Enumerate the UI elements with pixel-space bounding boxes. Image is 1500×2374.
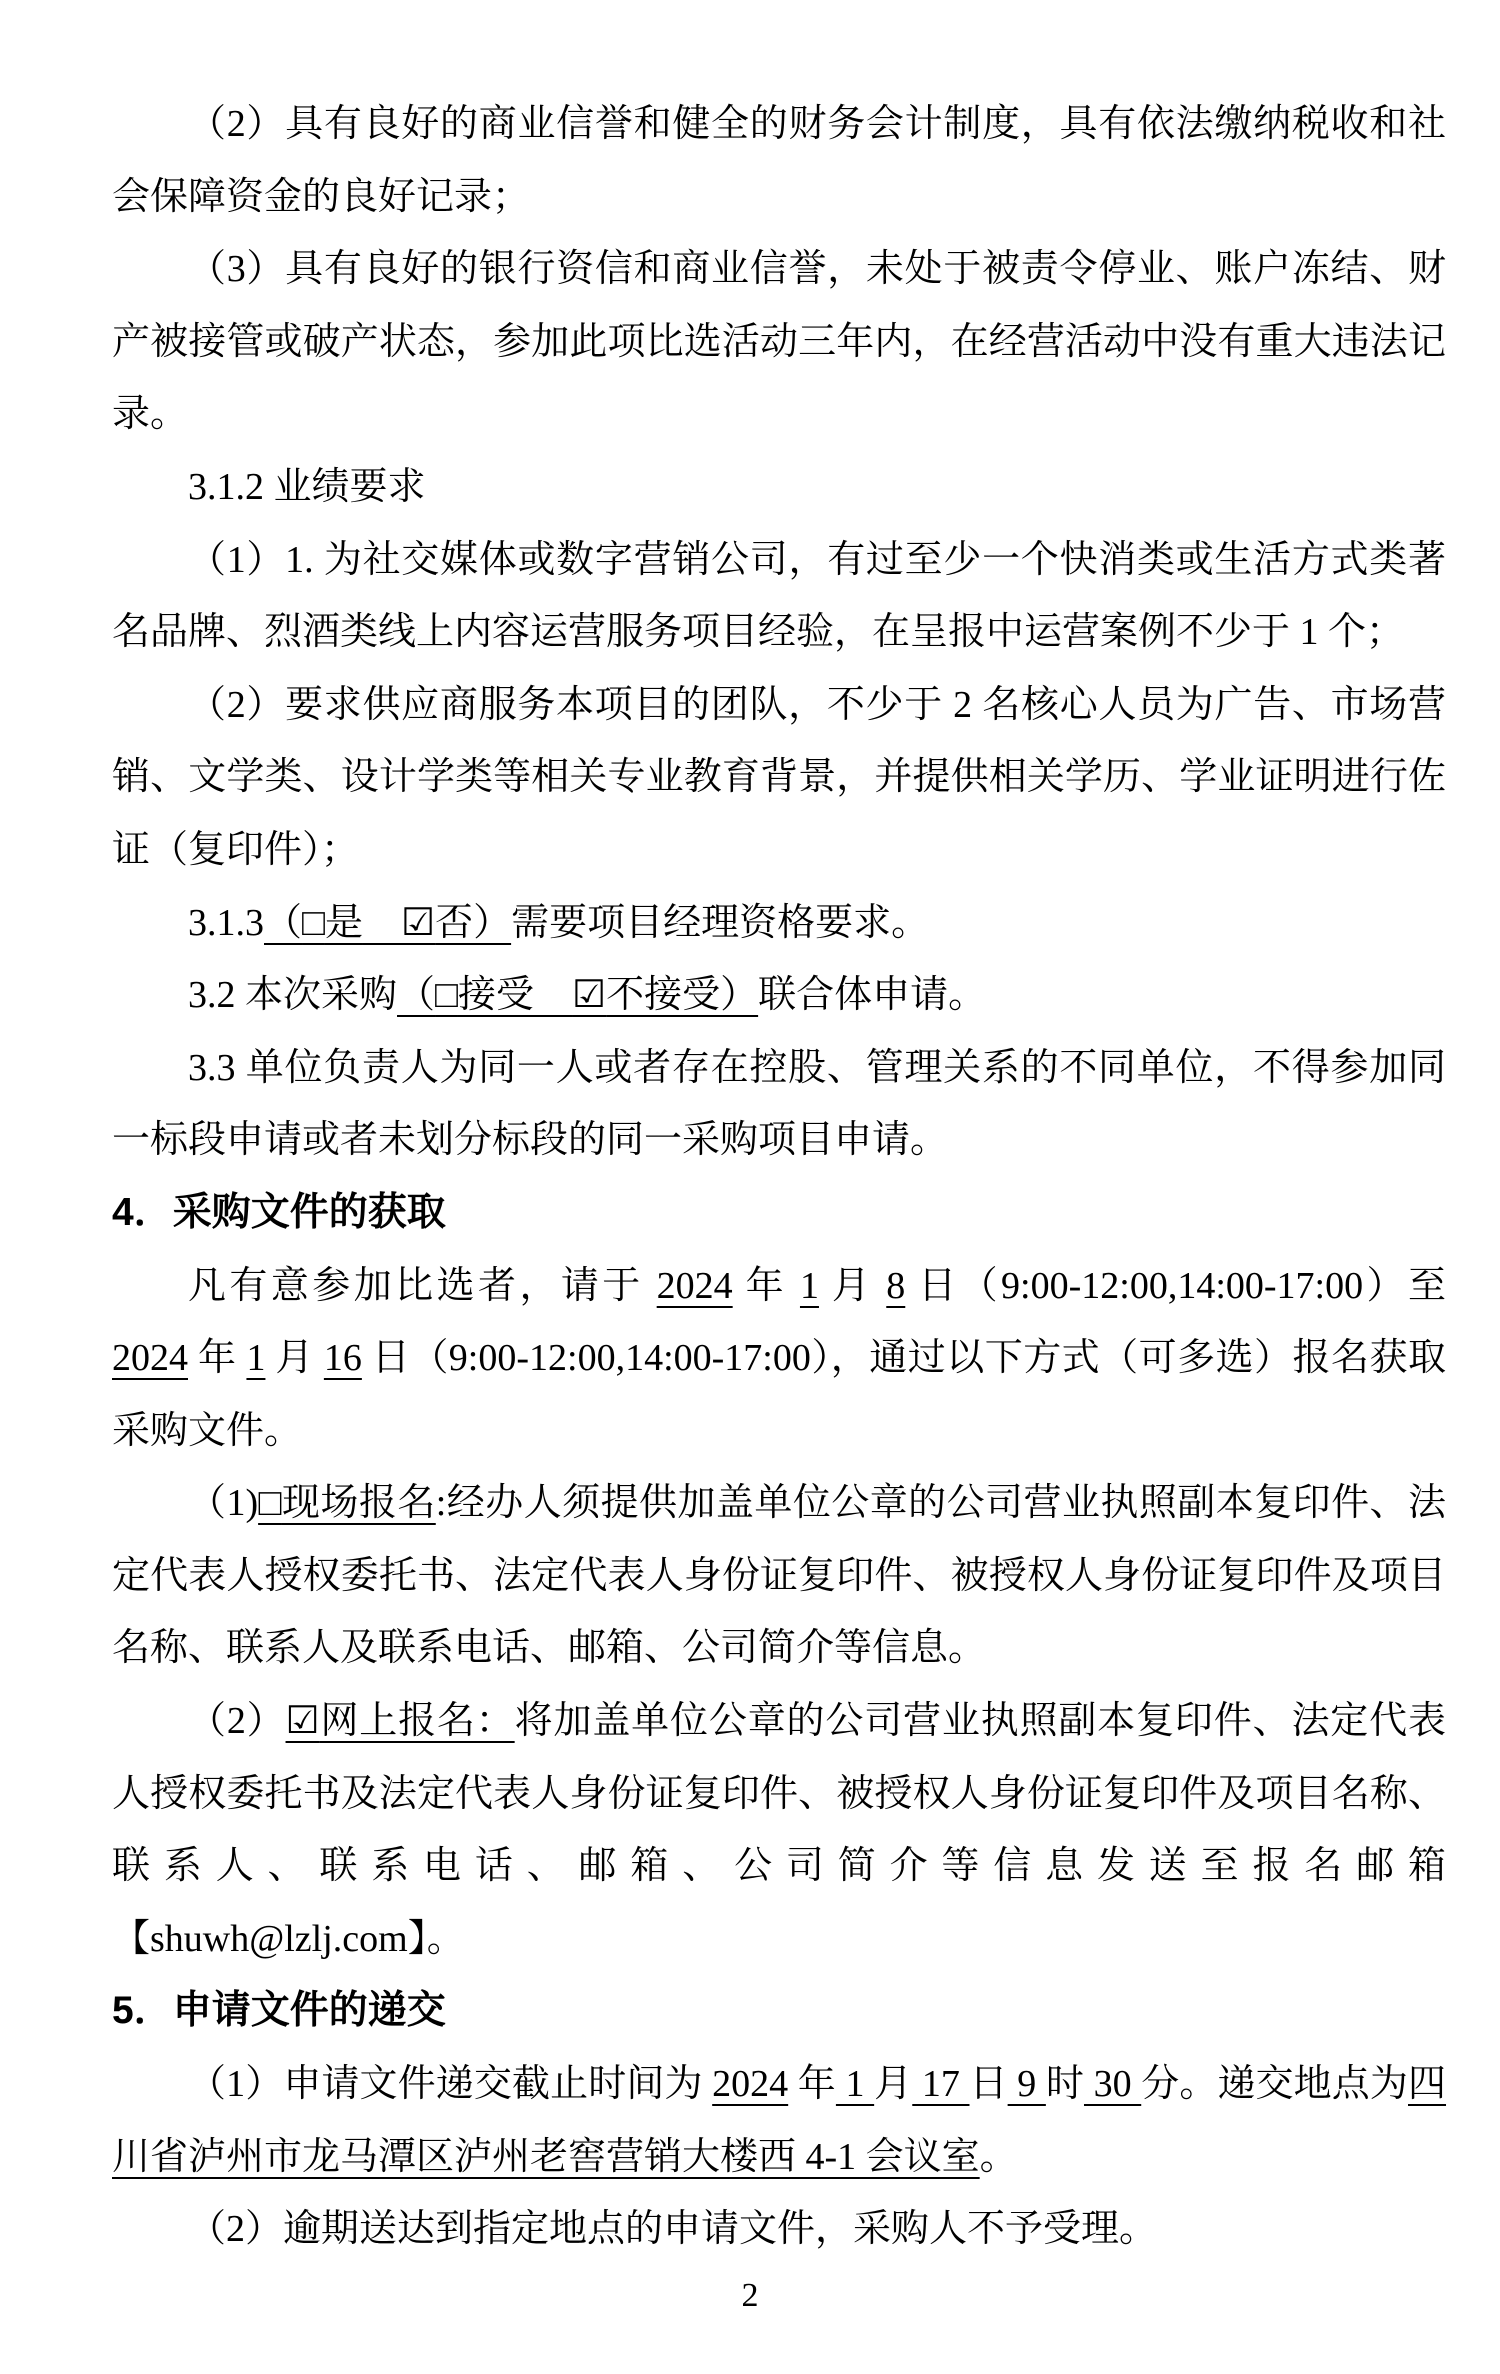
option-yes-label: 是 — [325, 902, 363, 944]
checkbox-unchecked-icon: □ — [435, 974, 458, 1016]
option-label: 现场报名 — [282, 1482, 436, 1524]
yes-no-selection: （□是 ☑否） — [264, 902, 511, 944]
clause-3-2-consortium: 3.2 本次采购（□接受 ☑不接受）联合体申请。 — [112, 959, 1446, 1032]
paren-open: （ — [397, 974, 435, 1016]
online-registration-option: ☑网上报名： — [286, 1700, 515, 1742]
paragraph-team-requirement: （2）要求供应商服务本项目的团队，不少于 2 名核心人员为广告、市场营销、文学类… — [112, 669, 1446, 887]
paragraph-submission-deadline: （1）申请文件递交截止时间为 2024 年 1 月 17 日 9 时 30 分。… — [112, 2048, 1446, 2193]
checkbox-checked-icon: ☑ — [401, 902, 435, 944]
text-run: 分。递交地点为 — [1141, 2063, 1408, 2105]
start-day: 8 — [886, 1265, 905, 1307]
clause-3-1-2-performance-requirement: 3.1.2 业绩要求 — [112, 451, 1446, 524]
paragraph-online-registration: （2）☑网上报名：将加盖单位公章的公司营业执照副本复印件、法定代表人授权委托书及… — [112, 1685, 1446, 1975]
deadline-minute: 30 — [1084, 2063, 1141, 2105]
checkbox-checked-icon: ☑ — [286, 1700, 320, 1742]
text-run: 年 — [788, 2063, 836, 2105]
text-run: 月 — [874, 2063, 912, 2105]
item-number: （1) — [188, 1482, 258, 1524]
checkbox-checked-icon: ☑ — [572, 974, 606, 1016]
paragraph-registration-period: 凡有意参加比选者，请于 2024 年 1 月 8 日（9:00-12:00,14… — [112, 1250, 1446, 1468]
text-run: 凡有意参加比选者，请于 — [188, 1265, 657, 1307]
paren-open: （ — [264, 902, 302, 944]
paragraph-onsite-registration: （1)□现场报名:经办人须提供加盖单位公章的公司营业执照副本复印件、法定代表人授… — [112, 1467, 1446, 1685]
clause-3-3-same-person: 3.3 单位负责人为同一人或者存在控股、管理关系的不同单位，不得参加同一标段申请… — [112, 1032, 1446, 1177]
clause-text: 联合体申请。 — [758, 974, 986, 1016]
clause-3-1-3-pm-qualification: 3.1.3（□是 ☑否）需要项目经理资格要求。 — [112, 887, 1446, 960]
accept-reject-selection: （□接受 ☑不接受） — [397, 974, 758, 1016]
option-separator — [363, 902, 401, 944]
paragraph-experience-requirement: （1）1. 为社交媒体或数字营销公司，有过至少一个快消类或生活方式类著名品牌、烈… — [112, 524, 1446, 669]
heading-section-4-document-acquisition: 4．采购文件的获取 — [112, 1177, 1446, 1250]
end-year: 2024 — [112, 1337, 188, 1379]
text-run: 时 — [1046, 2063, 1084, 2105]
paragraph-bank-credit: （3）具有良好的银行资信和商业信誉，未处于被责令停业、账户冻结、财产被接管或破产… — [112, 233, 1446, 451]
paragraph-late-submission: （2）逾期送达到指定地点的申请文件，采购人不予受理。 — [112, 2193, 1446, 2266]
heading-section-5-document-submission: 5．申请文件的递交 — [112, 1975, 1446, 2048]
start-year: 2024 — [657, 1265, 733, 1307]
paragraph-commercial-reputation: （2）具有良好的商业信誉和健全的财务会计制度，具有依法缴纳税收和社会保障资金的良… — [112, 88, 1446, 233]
option-no-label: 否） — [435, 902, 511, 944]
text-run: 日（9:00-12:00,14:00-17:00）至 — [905, 1265, 1446, 1307]
option-separator — [534, 974, 572, 1016]
checkbox-unchecked-icon: □ — [258, 1482, 282, 1524]
end-day: 16 — [324, 1337, 362, 1379]
deadline-day: 17 — [912, 2063, 969, 2105]
option-accept-label: 接受 — [458, 974, 534, 1016]
option-reject-label: 不接受） — [606, 974, 758, 1016]
deadline-month: 1 — [836, 2063, 874, 2105]
text-run: 。 — [980, 2136, 1018, 2178]
start-month: 1 — [800, 1265, 819, 1307]
onsite-registration-option: □现场报名 — [258, 1482, 436, 1524]
text-run: 月 — [265, 1337, 323, 1379]
clause-text: 需要项目经理资格要求。 — [511, 902, 929, 944]
text-run: （1）申请文件递交截止时间为 — [188, 2063, 712, 2105]
text-run: 年 — [733, 1265, 800, 1307]
document-page: （2）具有良好的商业信誉和健全的财务会计制度，具有依法缴纳税收和社会保障资金的良… — [0, 0, 1500, 2374]
clause-number: 3.1.3 — [188, 902, 264, 944]
end-month: 1 — [246, 1337, 265, 1379]
deadline-year: 2024 — [712, 2063, 788, 2105]
text-run: 日 — [970, 2063, 1008, 2105]
checkbox-unchecked-icon: □ — [302, 902, 325, 944]
item-number: （2） — [188, 1700, 286, 1742]
page-number: 2 — [0, 2276, 1500, 2316]
text-run: 年 — [188, 1337, 246, 1379]
deadline-hour: 9 — [1008, 2063, 1046, 2105]
document-content: （2）具有良好的商业信誉和健全的财务会计制度，具有依法缴纳税收和社会保障资金的良… — [112, 88, 1446, 2266]
text-run: 月 — [819, 1265, 886, 1307]
clause-number: 3.2 本次采购 — [188, 974, 397, 1016]
option-label: 网上报名： — [320, 1700, 515, 1742]
